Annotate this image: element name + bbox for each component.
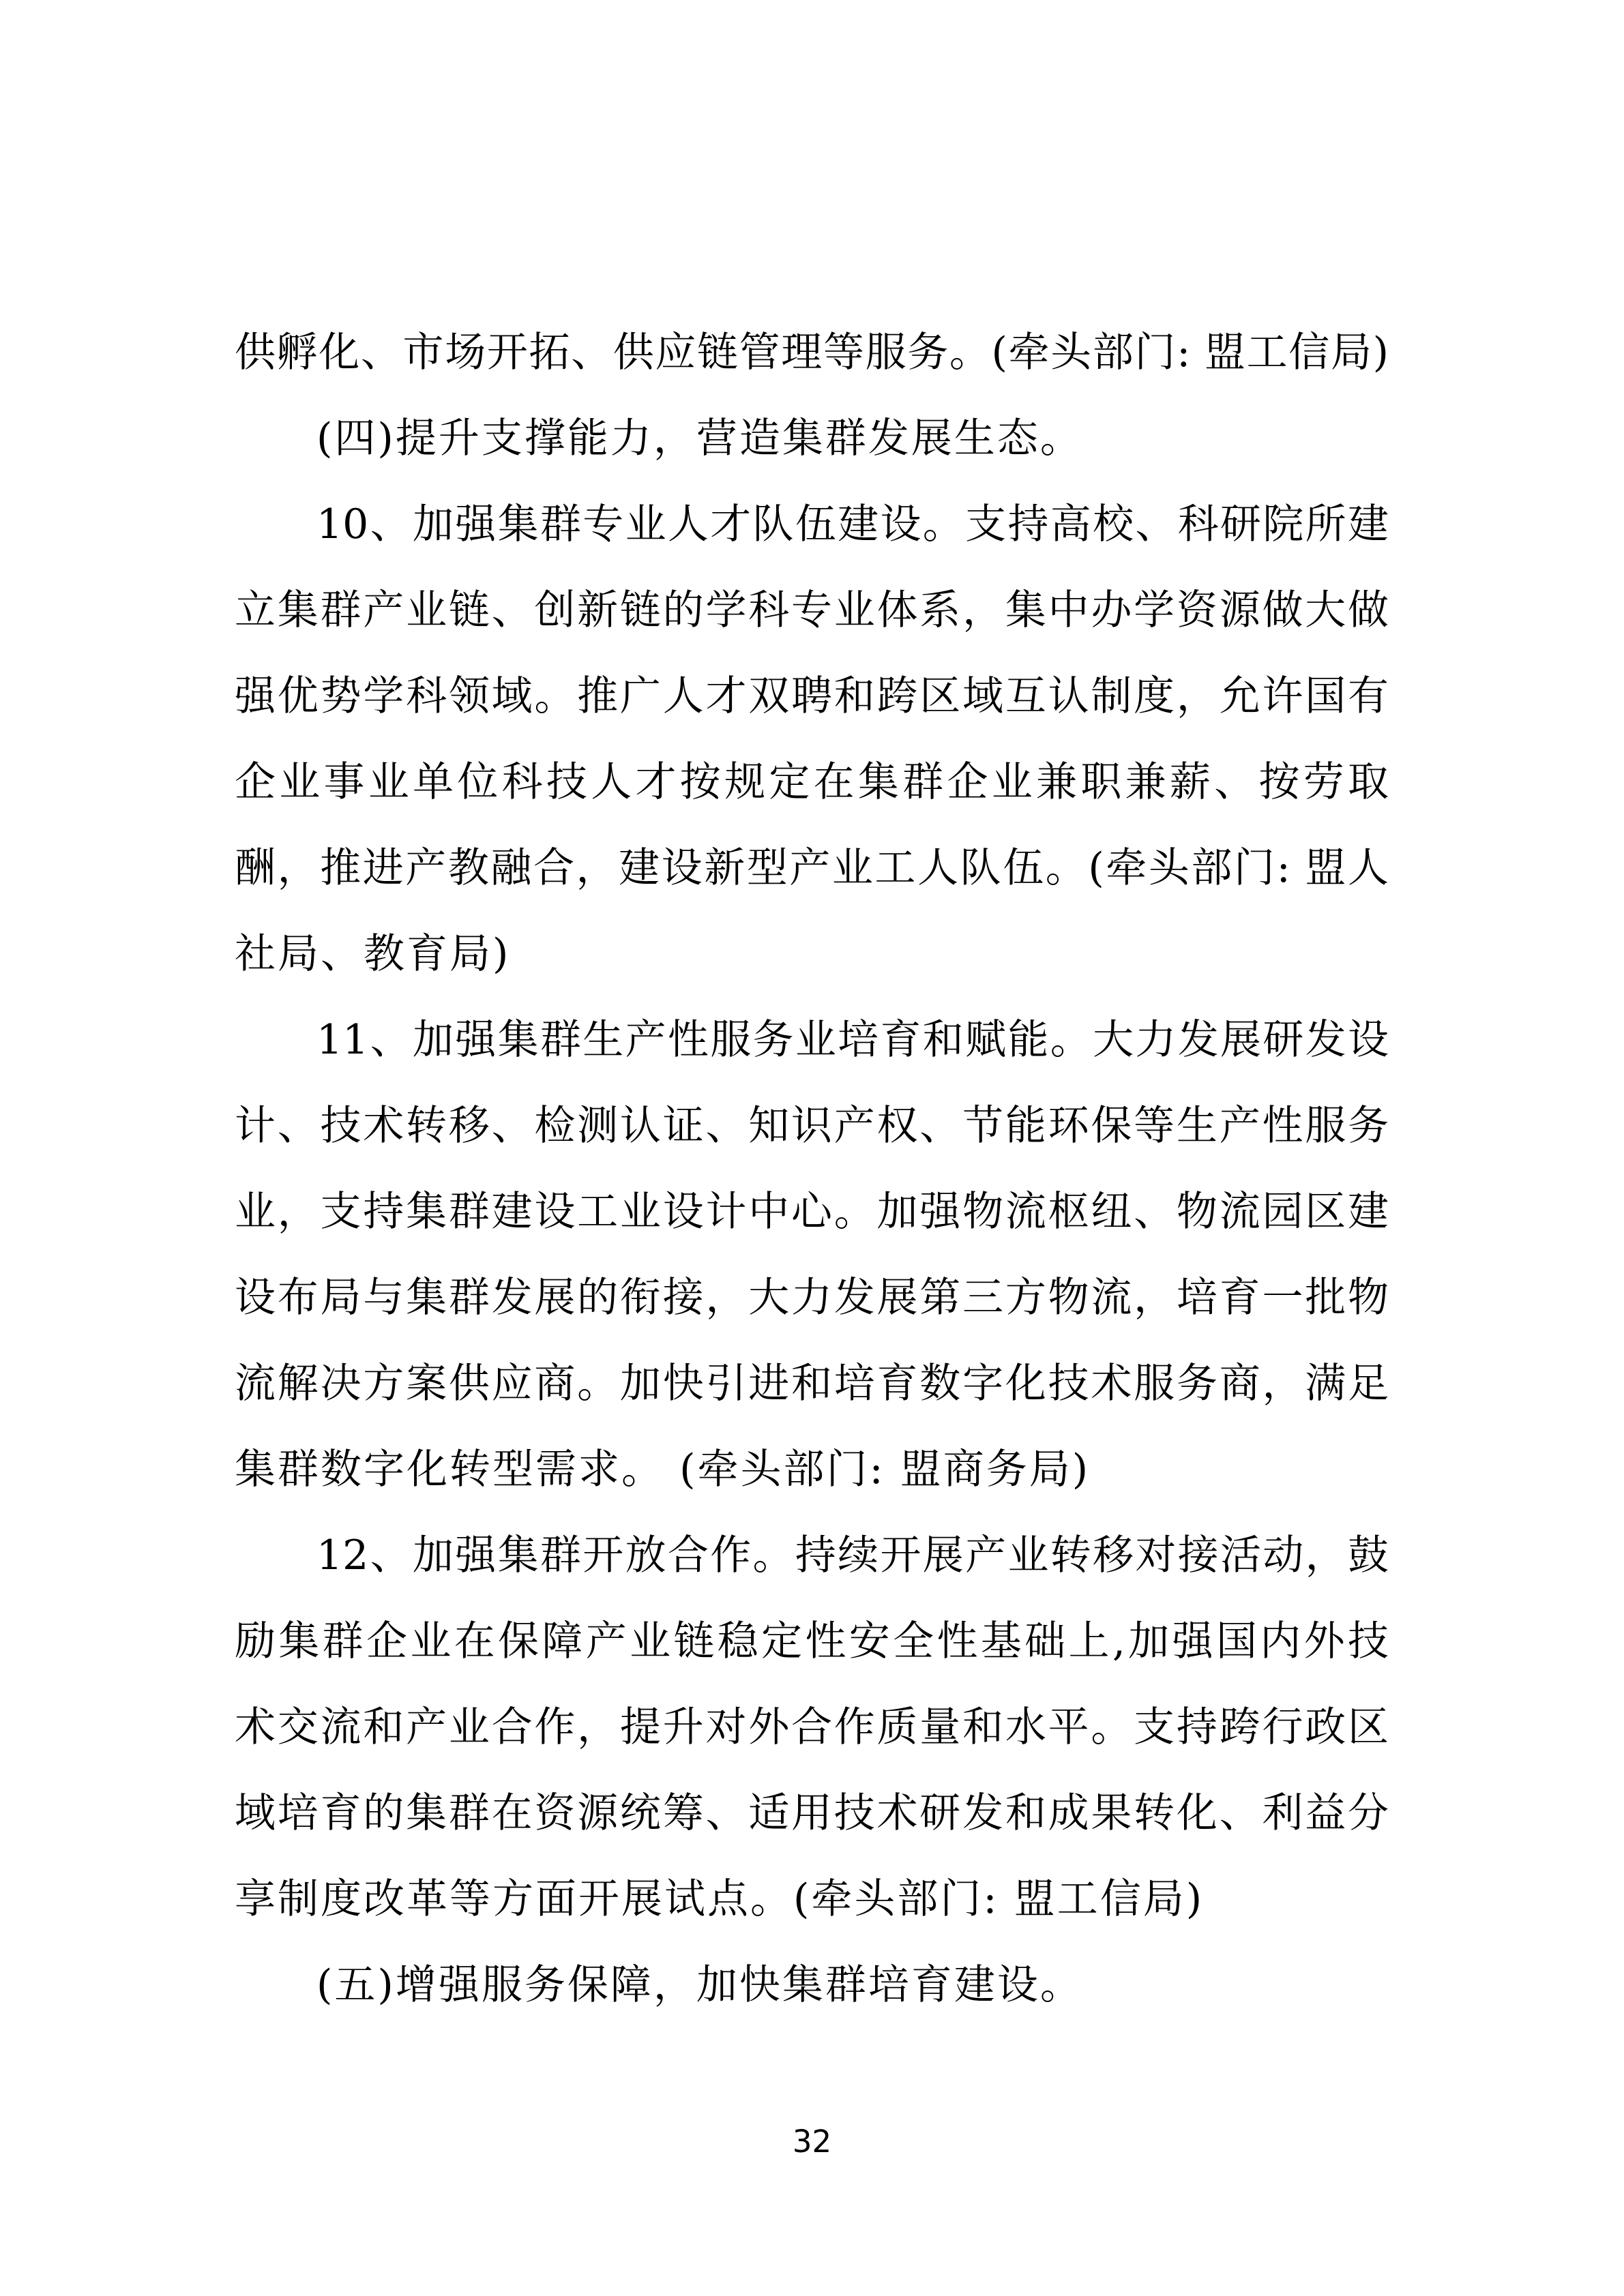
text-line: 酬，推进产教融合，建设新型产业工人队伍。(牵头部门: 盟人 [235, 825, 1389, 911]
text-line: 11、加强集群生产性服务业培育和赋能。大力发展研发设 [235, 997, 1389, 1083]
text-line: 社局、教育局) [235, 911, 1389, 997]
text-line: 计、技术转移、检测认证、知识产权、节能环保等生产性服务 [235, 1083, 1389, 1169]
text-line: 励集群企业在保障产业链稳定性安全性基础上,加强国内外技 [235, 1598, 1389, 1684]
text-line: 享制度改革等方面开展试点。(牵头部门: 盟工信局) [235, 1856, 1389, 1942]
text-line: 立集群产业链、创新链的学科专业体系，集中办学资源做大做 [235, 567, 1389, 653]
document-page: 供孵化、市场开拓、供应链管理等服务。(牵头部门: 盟工信局)(四)提升支撑能力，… [0, 0, 1624, 2296]
text-line: 强优势学科领域。推广人才双聘和跨区域互认制度，允许国有 [235, 653, 1389, 739]
document-body: 供孵化、市场开拓、供应链管理等服务。(牵头部门: 盟工信局)(四)提升支撑能力，… [235, 310, 1389, 2028]
text-line: 域培育的集群在资源统筹、适用技术研发和成果转化、利益分 [235, 1770, 1389, 1856]
text-line: 集群数字化转型需求。 (牵头部门: 盟商务局) [235, 1427, 1389, 1512]
page-number: 32 [0, 2125, 1624, 2159]
text-line: 业，支持集群建设工业设计中心。加强物流枢纽、物流园区建 [235, 1169, 1389, 1255]
text-line: (四)提升支撑能力，营造集群发展生态。 [235, 396, 1389, 481]
text-line: 12、加强集群开放合作。持续开展产业转移对接活动，鼓 [235, 1512, 1389, 1598]
text-line: (五)增强服务保障，加快集群培育建设。 [235, 1942, 1389, 2028]
text-line: 供孵化、市场开拓、供应链管理等服务。(牵头部门: 盟工信局) [235, 310, 1389, 396]
text-line: 术交流和产业合作，提升对外合作质量和水平。支持跨行政区 [235, 1684, 1389, 1770]
text-line: 流解决方案供应商。加快引进和培育数字化技术服务商，满足 [235, 1341, 1389, 1427]
text-line: 设布局与集群发展的衔接，大力发展第三方物流，培育一批物 [235, 1255, 1389, 1341]
text-line: 10、加强集群专业人才队伍建设。支持高校、科研院所建 [235, 481, 1389, 567]
text-line: 企业事业单位科技人才按规定在集群企业兼职兼薪、按劳取 [235, 739, 1389, 825]
